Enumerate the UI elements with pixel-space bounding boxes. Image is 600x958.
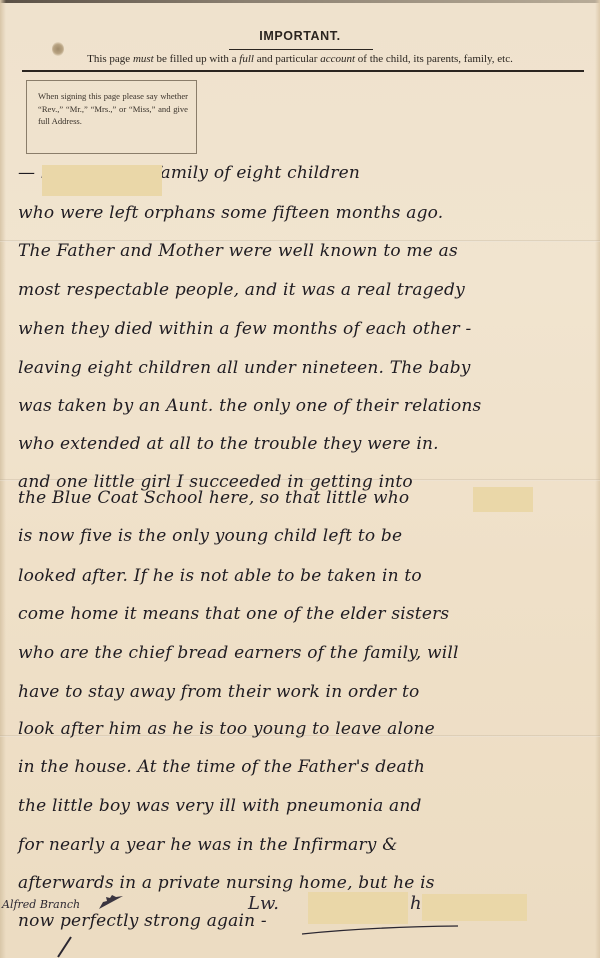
redaction-signature-1 — [308, 892, 408, 924]
title-underline — [229, 49, 373, 50]
letter-line: afterwards in a private nursing home, bu… — [18, 873, 435, 893]
margin-note: Alfred Branch — [2, 898, 80, 911]
letter-line: who are the chief bread earners of the f… — [18, 643, 459, 663]
letter-line: the Blue Coat School here, so that littl… — [18, 488, 409, 508]
letter-line: most respectable people, and it was a re… — [18, 280, 465, 300]
header-instruction: This page must be filled up with a full … — [0, 53, 600, 65]
instruction-text: be filled up with a — [154, 53, 240, 65]
paper-top-edge — [0, 0, 600, 3]
letter-line: was taken by an Aunt. the only one of th… — [18, 396, 481, 416]
letter-line: now perfectly strong again - — [18, 911, 267, 931]
header-title: IMPORTANT. — [0, 29, 600, 43]
letter-line: come home it means that one of the elder… — [18, 604, 449, 624]
document-page: IMPORTANT. This page must be filled up w… — [0, 0, 600, 958]
instruction-text: of the child, its parents, family, etc. — [355, 53, 513, 65]
letter-line: looked after. If he is not able to be ta… — [18, 566, 422, 586]
letter-line: who were left orphans some fifteen month… — [18, 203, 443, 223]
header-divider — [22, 70, 584, 72]
instruction-emphasis: account — [320, 53, 355, 65]
redaction-child-name-2 — [473, 487, 533, 512]
instruction-emphasis: must — [133, 53, 154, 65]
letter-line: The Father and Mother were well known to… — [18, 241, 458, 261]
instruction-text: This page — [87, 53, 133, 65]
letter-line: leaving eight children all under ninetee… — [18, 358, 471, 378]
signing-instructions-box: When signing this page please say whethe… — [26, 80, 197, 154]
redaction-child-name — [42, 165, 162, 196]
letter-line: who extended at all to the trouble they … — [18, 434, 439, 454]
letter-line: look after him as he is too young to lea… — [18, 719, 435, 739]
letter-line: the little boy was very ill with pneumon… — [18, 796, 422, 816]
letter-line: have to stay away from their work in ord… — [18, 682, 419, 702]
letter-line: when they died within a few months of ea… — [18, 319, 471, 339]
letter-line: is now five is the only young child left… — [18, 526, 402, 546]
pen-stroke-mark — [55, 935, 75, 958]
quill-mark-icon — [98, 894, 124, 910]
letter-line: in the house. At the time of the Father'… — [18, 757, 425, 777]
redaction-signature-2 — [422, 894, 527, 921]
signature-prefix: Lw. — [248, 893, 279, 914]
signature-underline — [300, 925, 460, 935]
instruction-text: and particular — [254, 53, 320, 65]
letter-line: for nearly a year he was in the Infirmar… — [18, 835, 398, 855]
instruction-emphasis: full — [239, 53, 254, 65]
